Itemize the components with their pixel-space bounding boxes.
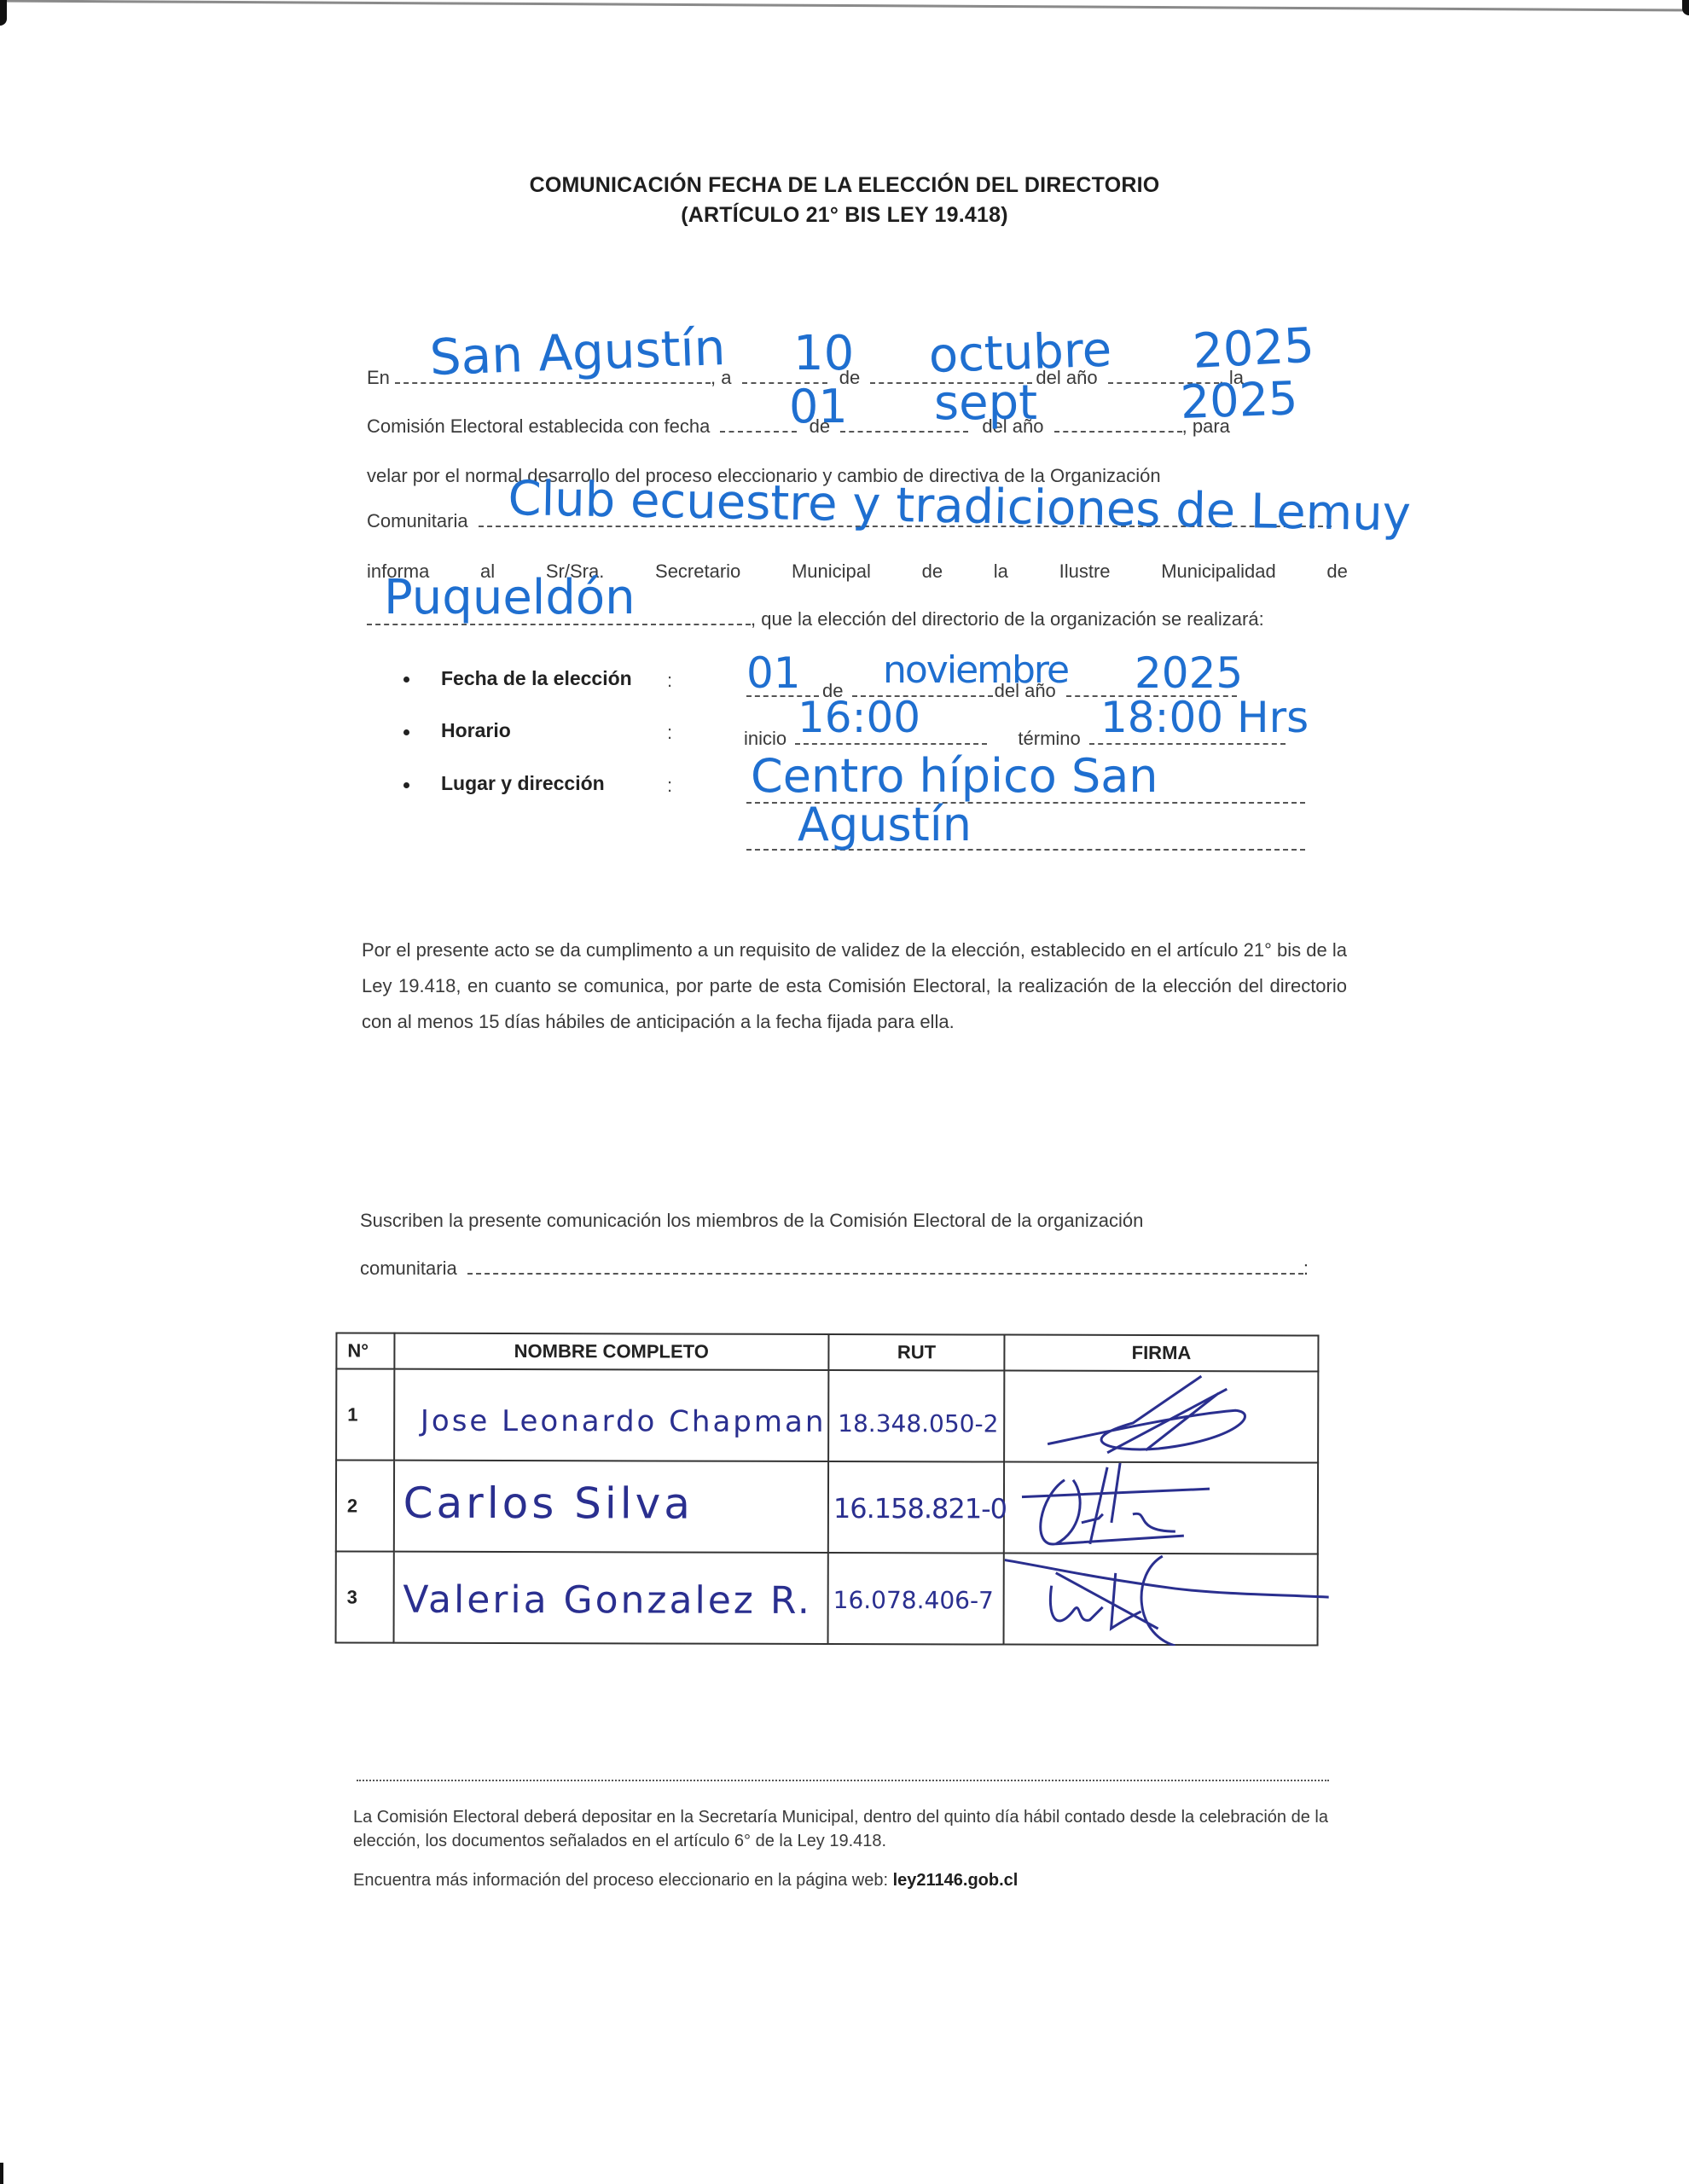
header-number: N°: [336, 1333, 394, 1368]
signature-3-icon: [1005, 1548, 1329, 1647]
table-row: 1 Jose Leonardo Chapman 18.348.050-2: [336, 1368, 1318, 1462]
member-rut[interactable]: 18.348.050-2: [828, 1370, 1004, 1462]
field-end-time[interactable]: 18:00 Hrs: [1100, 693, 1309, 742]
scan-corner-top-left: [0, 0, 7, 26]
document-title: COMUNICACIÓN FECHA DE LA ELECCIÓN DEL DI…: [0, 173, 1689, 198]
signature-2-icon: [1005, 1463, 1312, 1552]
field-municipality[interactable]: Puqueldón: [384, 570, 636, 625]
scan-top-edge: [0, 0, 1689, 12]
footer-divider: [357, 1780, 1329, 1781]
commission-members-table: N° NOMBRE COMPLETO RUT FIRMA 1 Jose Leon…: [335, 1332, 1320, 1646]
scan-mark-bottom-left: [0, 2163, 3, 2184]
field-election-year[interactable]: 2025: [1135, 648, 1243, 698]
field-place-line1[interactable]: Centro hípico San: [751, 749, 1158, 803]
member-signature[interactable]: [1004, 1554, 1318, 1646]
field-commission-year[interactable]: 2025: [1180, 371, 1299, 429]
field-city[interactable]: San Agustín: [429, 318, 727, 386]
header-name: NOMBRE COMPLETO: [394, 1333, 828, 1370]
footer-note: La Comisión Electoral deberá depositar e…: [353, 1805, 1343, 1853]
scan-corner-top-right: [1682, 0, 1689, 15]
bullet-icon: [403, 729, 409, 735]
election-date-label: Fecha de la elección: [441, 667, 632, 690]
field-day[interactable]: 10: [793, 326, 854, 381]
member-signature[interactable]: [1004, 1371, 1318, 1463]
field-election-month[interactable]: noviembre: [883, 648, 1068, 692]
compliance-paragraph: Por el presente acto se da cumplimento a…: [362, 932, 1347, 1040]
document-subtitle: (ARTÍCULO 21° BIS LEY 19.418): [0, 203, 1689, 228]
header-signature: FIRMA: [1005, 1335, 1319, 1372]
bullet-icon: [403, 782, 409, 788]
member-name[interactable]: Valeria Gonzalez R.: [393, 1552, 828, 1644]
bullet-icon: [403, 677, 409, 682]
place-label: Lugar y dirección: [441, 772, 605, 795]
website-link[interactable]: ley21146.gob.cl: [893, 1871, 1019, 1890]
field-election-day[interactable]: 01: [746, 648, 801, 698]
table-row: 2 Carlos Silva 16.158.821-0: [336, 1460, 1318, 1554]
table-row: 3 Valeria Gonzalez R. 16.078.406-7: [336, 1551, 1318, 1645]
member-name[interactable]: Carlos Silva: [394, 1461, 829, 1553]
field-commission-month[interactable]: sept: [934, 375, 1037, 431]
field-commission-day[interactable]: 01: [789, 380, 848, 433]
footer-info: Encuentra más información del proceso el…: [353, 1868, 1343, 1892]
field-start-time[interactable]: 16:00: [798, 693, 920, 742]
subscribers-paragraph: Suscriben la presente comunicación los m…: [360, 1197, 1341, 1292]
header-rut: RUT: [828, 1334, 1004, 1371]
signature-1-icon: [1005, 1372, 1312, 1461]
member-rut[interactable]: 16.158.821-0: [828, 1461, 1004, 1554]
field-year[interactable]: 2025: [1192, 318, 1316, 380]
schedule-label: Horario: [441, 719, 511, 742]
member-signature[interactable]: [1004, 1462, 1318, 1554]
field-place-line2[interactable]: Agustín: [798, 798, 972, 851]
member-rut[interactable]: 16.078.406-7: [828, 1553, 1004, 1645]
member-name[interactable]: Jose Leonardo Chapman: [394, 1369, 829, 1461]
